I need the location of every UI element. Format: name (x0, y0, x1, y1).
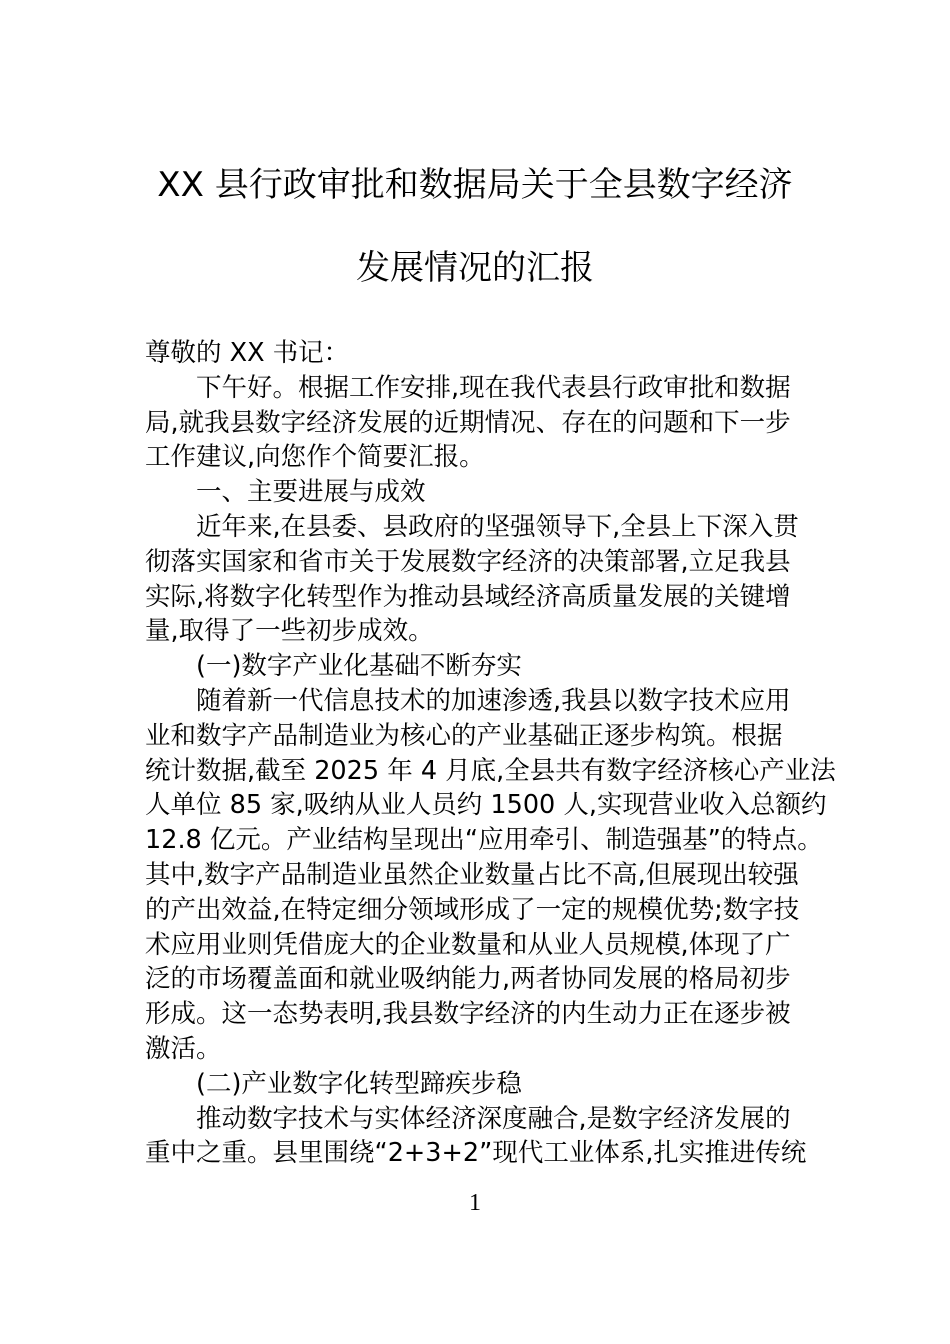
page-number: 1 (0, 1188, 950, 1218)
body-line: 随着新一代信息技术的加速渗透,我县以数字技术应用 (145, 684, 810, 719)
body-line: 泛的市场覆盖面和就业吸纳能力,两者协同发展的格局初步 (145, 962, 810, 997)
document-page: XX 县行政审批和数据局关于全县数字经济 发展情况的汇报 尊敬的 XX 书记： … (0, 0, 950, 1344)
body-line: 重中之重。县里围绕“2+3+2”现代工业体系,扎实推进传统 (145, 1136, 810, 1171)
body-line: 激活。 (145, 1032, 810, 1067)
body-line: 局,就我县数字经济发展的近期情况、存在的问题和下一步 (145, 406, 810, 441)
subsection-heading-1: (一)数字产业化基础不断夯实 (145, 649, 810, 684)
body-line: 业和数字产品制造业为核心的产业基础正逐步构筑。根据 (145, 719, 810, 754)
body-line: 下午好。根据工作安排,现在我代表县行政审批和数据 (145, 371, 810, 406)
body-line: 量,取得了一些初步成效。 (145, 614, 810, 649)
document-body: 尊敬的 XX 书记： 下午好。根据工作安排,现在我代表县行政审批和数据 局,就我… (145, 336, 810, 1171)
body-line: 工作建议,向您作个简要汇报。 (145, 440, 810, 475)
body-line: 12.8 亿元。产业结构呈现出“应用牵引、制造强基”的特点。 (145, 823, 810, 858)
body-line: 推动数字技术与实体经济深度融合,是数字经济发展的 (145, 1102, 810, 1137)
body-line: 的产出效益,在特定细分领域形成了一定的规模优势;数字技 (145, 893, 810, 928)
body-line: 其中,数字产品制造业虽然企业数量占比不高,但展现出较强 (145, 858, 810, 893)
document-title: XX 县行政审批和数据局关于全县数字经济 发展情况的汇报 (100, 168, 850, 285)
body-line: 形成。这一态势表明,我县数字经济的内生动力正在逐步被 (145, 997, 810, 1032)
section-heading-1: 一、主要进展与成效 (145, 475, 810, 510)
body-line: 人单位 85 家,吸纳从业人员约 1500 人,实现营业收入总额约 (145, 788, 810, 823)
body-line: 术应用业则凭借庞大的企业数量和从业人员规模,体现了广 (145, 928, 810, 963)
title-line-1: XX 县行政审批和数据局关于全县数字经济 (100, 168, 850, 202)
body-line: 实际,将数字化转型作为推动县域经济高质量发展的关键增 (145, 580, 810, 615)
title-line-2: 发展情况的汇报 (100, 251, 850, 285)
salutation: 尊敬的 XX 书记： (145, 336, 810, 371)
body-line: 近年来,在县委、县政府的坚强领导下,全县上下深入贯 (145, 510, 810, 545)
body-line: 彻落实国家和省市关于发展数字经济的决策部署,立足我县 (145, 545, 810, 580)
subsection-heading-2: (二)产业数字化转型蹄疾步稳 (145, 1067, 810, 1102)
body-line: 统计数据,截至 2025 年 4 月底,全县共有数字经济核心产业法 (145, 754, 810, 789)
